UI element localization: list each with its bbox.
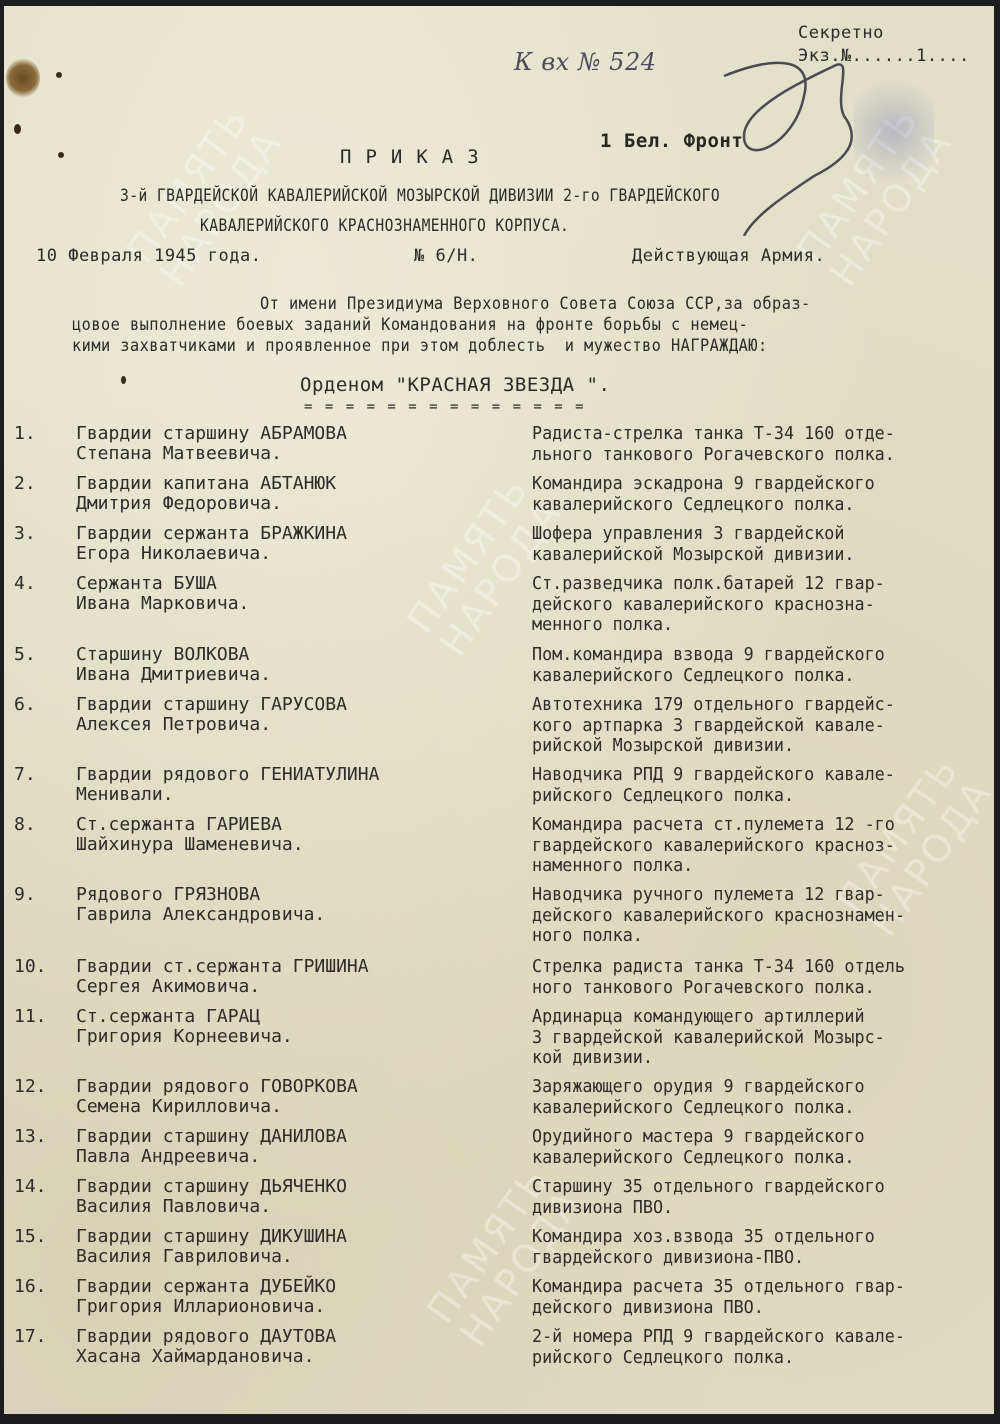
entry-name: Рядового ГРЯЗНОВА Гаврила Александровича…: [76, 885, 325, 925]
punch-hole: [121, 376, 126, 384]
entry-position: Заряжающего орудия 9 гвардейского кавале…: [532, 1077, 865, 1118]
punch-hole: [56, 72, 62, 78]
stain: [6, 58, 40, 98]
entry-name: Гвардии рядового ГОВОРКОВА Семена Кирилл…: [76, 1077, 358, 1117]
entry-name: Ст.сержанта ГАРАЦ Григория Корнеевича.: [76, 1007, 293, 1047]
award-title: Орденом "КРАСНАЯ ЗВЕЗДА ".: [300, 374, 610, 396]
preamble-line-2: цовое выполнение боевых заданий Командов…: [72, 315, 748, 336]
entry-number: 17.: [14, 1327, 47, 1347]
unit-line-2: КАВАЛЕРИЙСКОГО КРАСНОЗНАМЕННОГО КОРПУСА.: [200, 216, 569, 236]
award-underline: = = = = = = = = = = = = = =: [304, 399, 586, 415]
entry-position: Пом.командира взвода 9 гвардейского кава…: [532, 645, 885, 686]
entry-position: Радиста-стрелка танка Т-34 160 отде- льн…: [532, 424, 895, 465]
entry-position: Командира расчета 35 отдельного гвар- де…: [532, 1277, 905, 1318]
entry-number: 2.: [14, 474, 36, 494]
entry-position: Ардинарца командующего артиллерий 3 гвар…: [532, 1007, 885, 1069]
entry-name: Гвардии старшину АБРАМОВА Степана Матвее…: [76, 424, 347, 464]
entry-name: Гвардии ст.сержанта ГРИШИНА Сергея Акимо…: [76, 957, 369, 997]
document-title: ПРИКАЗ: [340, 146, 493, 168]
entry-number: 11.: [14, 1007, 47, 1027]
entry-position: Командира эскадрона 9 гвардейского кавал…: [532, 474, 875, 515]
entry-position: Старшину 35 отдельного гвардейского диви…: [532, 1177, 885, 1218]
entry-position: Ст.разведчика полк.батарей 12 гвар- дейс…: [532, 574, 885, 636]
document-page: ПАМЯТЬНАРОДА ПАМЯТЬНАРОДА ПАМЯТЬНАРОДА П…: [4, 6, 994, 1414]
unit-line-1: 3-й ГВАРДЕЙСКОЙ КАВАЛЕРИЙСКОЙ МОЗЫРСКОЙ …: [120, 186, 720, 206]
entry-position: Командира хоз.взвода 35 отдельного гвард…: [532, 1227, 875, 1268]
entry-number: 15.: [14, 1227, 47, 1247]
entry-number: 1.: [14, 424, 36, 444]
entry-number: 10.: [14, 957, 47, 977]
entry-number: 4.: [14, 574, 36, 594]
entry-position: Шофера управления 3 гвардейской кавалери…: [532, 524, 855, 565]
front-stamp: 1 Бел. Фронт: [600, 130, 743, 152]
entry-name: Гвардии рядового ГЕНИАТУЛИНА Менивали.: [76, 765, 379, 805]
stamp-smudge: [854, 66, 934, 196]
entry-position: 2-й номера РПД 9 гвардейского кавале- ри…: [532, 1327, 905, 1368]
entry-name: Гвардии старшину ДЬЯЧЕНКО Василия Павлов…: [76, 1177, 347, 1217]
preamble-line-3: кими захватчиками и проявленное при этом…: [72, 336, 768, 357]
entry-position: Наводчика РПД 9 гвардейского кавале- рий…: [532, 765, 895, 806]
entry-number: 16.: [14, 1277, 47, 1297]
entry-position: Стрелка радиста танка Т-34 160 отдель но…: [532, 957, 905, 998]
entry-position: Автотехника 179 отдельного гвардейс- ког…: [532, 695, 895, 757]
entry-name: Гвардии старшину ГАРУСОВА Алексея Петров…: [76, 695, 347, 735]
entry-name: Гвардии старшину ДИКУШИНА Василия Гаврил…: [76, 1227, 347, 1267]
entry-number: 14.: [14, 1177, 47, 1197]
order-location: Действующая Армия.: [632, 246, 825, 266]
entry-position: Командира расчета ст.пулемета 12 -го гва…: [532, 815, 895, 877]
entry-name: Гвардии сержанта ДУБЕЙКО Григория Иллари…: [76, 1277, 336, 1317]
punch-hole: [14, 124, 21, 134]
punch-hole: [58, 152, 64, 158]
entry-number: 12.: [14, 1077, 47, 1097]
entry-name: Гвардии рядового ДАУТОВА Хасана Хаймарда…: [76, 1327, 336, 1367]
preamble-line-1: От имени Президиума Верховного Совета Со…: [260, 294, 811, 315]
entry-name: Старшину ВОЛКОВА Ивана Дмитриевича.: [76, 645, 271, 685]
entry-number: 9.: [14, 885, 36, 905]
entry-name: Гвардии старшину ДАНИЛОВА Павла Андрееви…: [76, 1127, 347, 1167]
entry-number: 13.: [14, 1127, 47, 1147]
entry-position: Наводчика ручного пулемета 12 гвар- дейс…: [532, 885, 905, 947]
entry-name: Ст.сержанта ГАРИЕВА Шайхинура Шаменевича…: [76, 815, 304, 855]
order-date: 10 Февраля 1945 года.: [36, 246, 261, 266]
entry-number: 6.: [14, 695, 36, 715]
entry-name: Гвардии сержанта БРАЖКИНА Егора Николаев…: [76, 524, 347, 564]
entry-number: 3.: [14, 524, 36, 544]
handwritten-reference: К вх № 524: [514, 48, 656, 76]
entry-number: 7.: [14, 765, 36, 785]
entry-number: 5.: [14, 645, 36, 665]
entry-name: Гвардии капитана АБТАНЮК Дмитрия Федоров…: [76, 474, 336, 514]
order-number: № 6/Н.: [414, 246, 478, 266]
entry-name: Сержанта БУША Ивана Марковича.: [76, 574, 249, 614]
entry-number: 8.: [14, 815, 36, 835]
entry-position: Орудийного мастера 9 гвардейского кавале…: [532, 1127, 865, 1168]
